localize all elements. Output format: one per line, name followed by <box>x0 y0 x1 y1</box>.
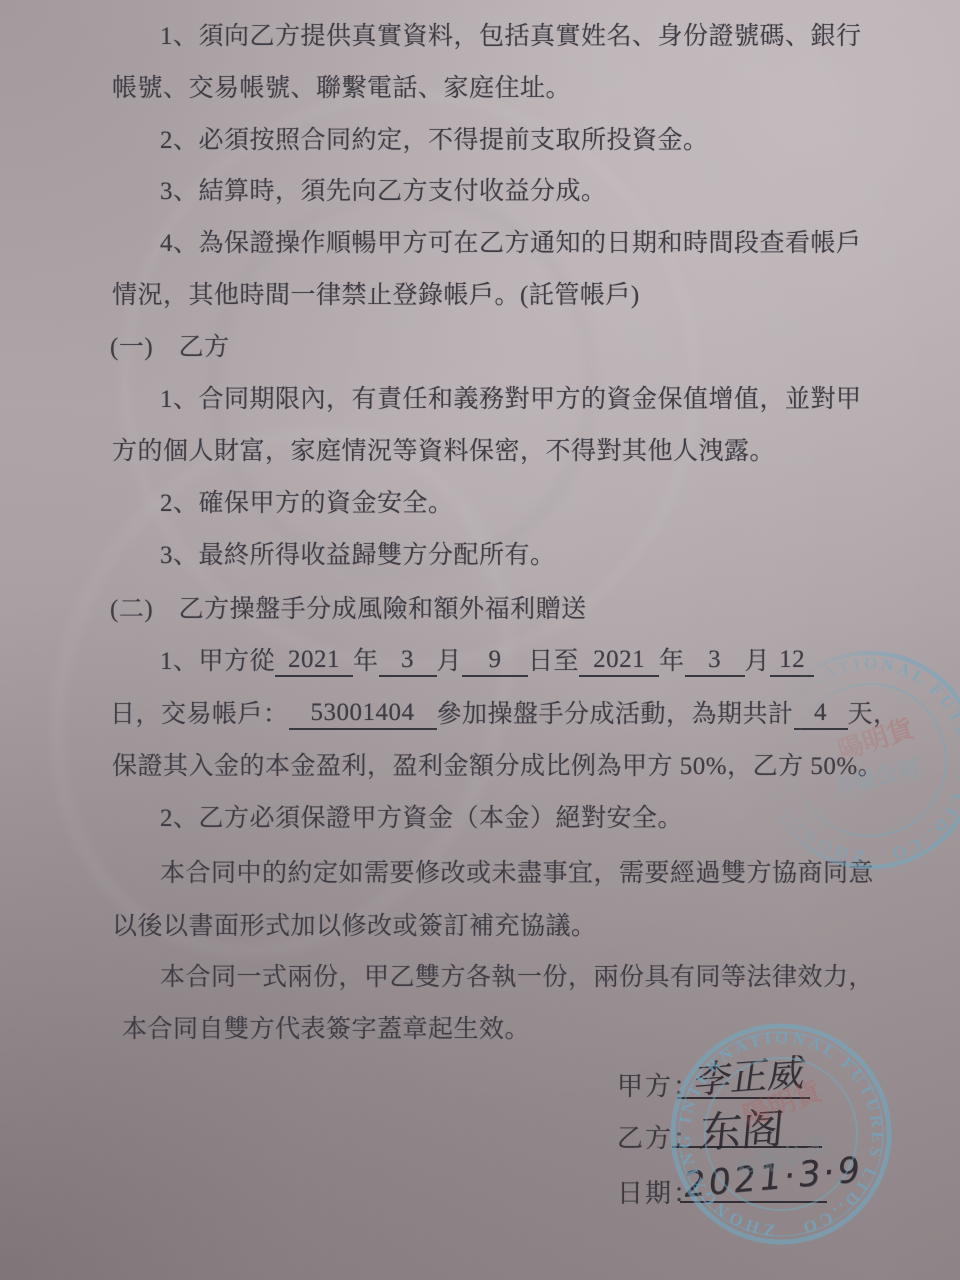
period-prefix: 1、甲方從 <box>160 648 275 675</box>
contract-line: 4、為保證操作順暢甲方可在乙方通知的日期和時間段查看帳戶 <box>160 223 862 259</box>
contract-line: 3、結算時，須先向乙方支付收益分成。 <box>160 171 607 207</box>
year-label: 年 <box>353 648 379 675</box>
party-b-signature: 东阁 <box>697 1096 786 1161</box>
trading-account-blank: 53001404 <box>289 699 437 730</box>
start-month-blank: 3 <box>379 646 437 677</box>
contract-section-heading: (一) 乙方 <box>110 327 230 363</box>
contract-line: 3、最終所得收益歸雙方分配所有。 <box>160 535 556 571</box>
party-b-label: 乙方： <box>617 1118 701 1155</box>
party-a-signature: 李正威 <box>691 1042 809 1104</box>
year-label: 年 <box>659 648 685 675</box>
end-day-blank: 12 <box>770 646 814 677</box>
contract-line: 2、乙方必須保證甲方資金（本金）絕對安全。 <box>160 798 683 834</box>
contract-line: 保證其入金的本金盈利，盈利金額分成比例為甲方 50%，乙方 50%。 <box>112 746 883 782</box>
contract-account-line: 日，交易帳戶：53001404參加操盤手分成活動，為期共計4天， <box>110 694 899 730</box>
contract-line: 以後以書面形式加以修改或簽訂補充協議。 <box>112 906 597 942</box>
account-middle: 參加操盤手分成活動，為期共計 <box>437 701 794 728</box>
contract-line: 2、確保甲方的資金安全。 <box>160 483 454 519</box>
end-month-blank: 3 <box>685 646 745 677</box>
contract-line: 1、合同期限內，有責任和義務對甲方的資金保值增值，並對甲 <box>160 379 862 415</box>
contract-line: 帳號、交易帳號、聯繫電話、家庭住址。 <box>112 68 571 104</box>
document-photo: { "document": { "lines": [ "1、須向乙方提供真實資料… <box>0 0 960 1280</box>
days-blank: 4 <box>794 699 848 730</box>
contract-line: 本合同自雙方代表簽字蓋章起生效。 <box>122 1009 530 1045</box>
to-label: 日至 <box>528 648 579 675</box>
contract-line: 2、必須按照合同約定，不得提前支取所投資金。 <box>160 120 709 156</box>
contract-section-heading: (二) 乙方操盤手分成風險和額外福利贈送 <box>110 589 587 625</box>
month-label: 月 <box>745 648 771 675</box>
contract-line: 情況，其他時間一律禁止登錄帳戶。(託管帳戶) <box>112 275 640 311</box>
contract-period-line: 1、甲方從2021年3月9日至2021年3月12 <box>160 641 814 677</box>
contract-line: 本合同一式兩份，甲乙雙方各執一份，兩份具有同等法律效力， <box>160 957 874 993</box>
account-prefix: 日，交易帳戶： <box>110 701 289 728</box>
start-year-blank: 2021 <box>275 646 353 677</box>
account-suffix: 天， <box>848 701 899 728</box>
start-day-blank: 9 <box>462 646 528 677</box>
contract-line: 方的個人財富，家庭情況等資料保密，不得對其他人洩露。 <box>112 431 775 467</box>
contract-line: 1、須向乙方提供真實資料，包括真實姓名、身份證號碼、銀行 <box>160 16 862 52</box>
end-year-blank: 2021 <box>579 646 659 677</box>
contract-line: 本合同中的約定如需要修改或未盡事宜，需要經過雙方協商同意 <box>160 853 874 889</box>
month-label: 月 <box>437 648 463 675</box>
